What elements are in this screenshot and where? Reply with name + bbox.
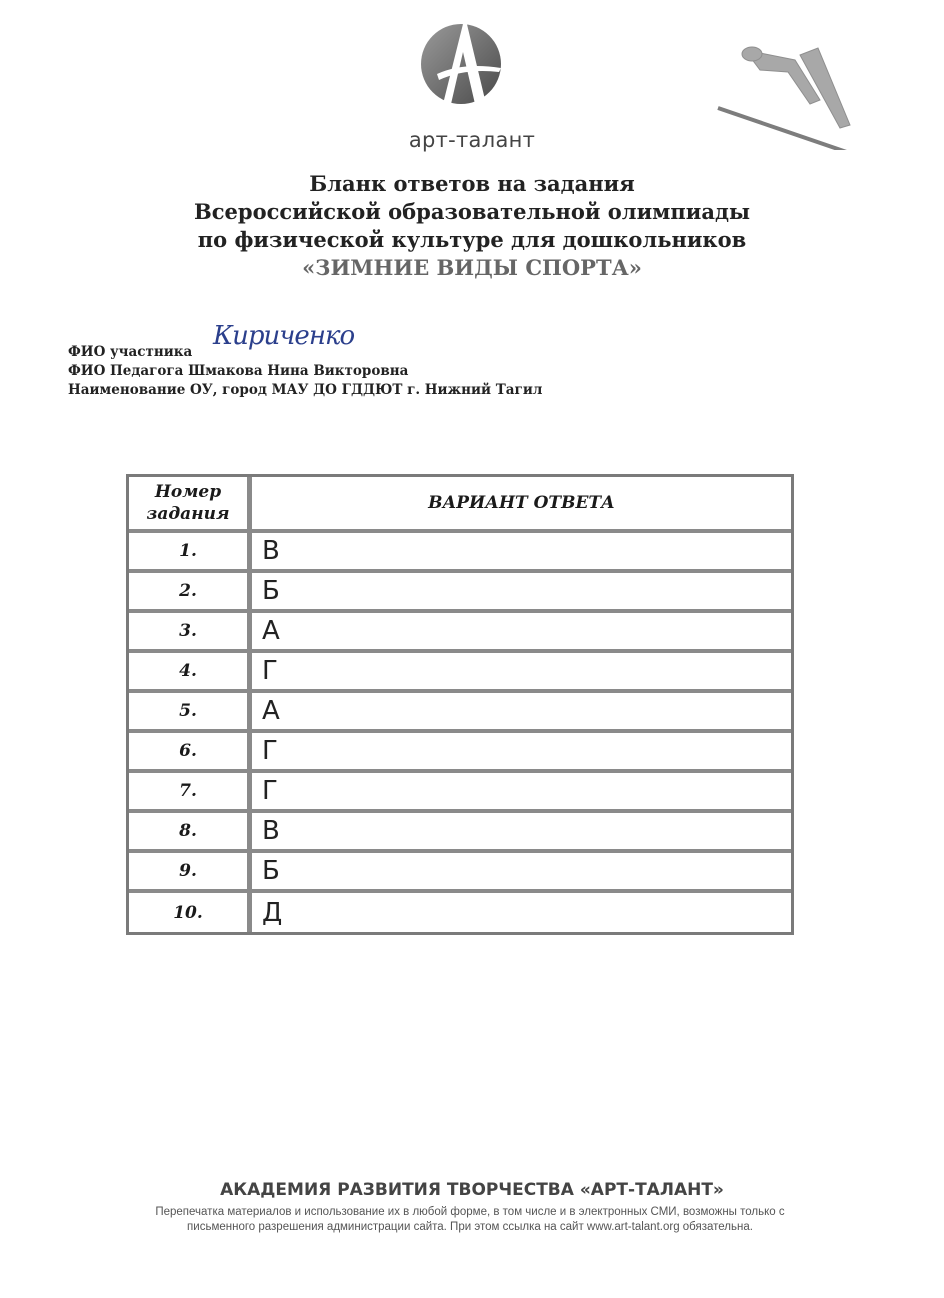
ski-jumper-icon xyxy=(700,30,900,150)
table-row: 7.Г xyxy=(129,773,791,813)
answer-cell[interactable]: В xyxy=(252,533,791,573)
answer-cell[interactable]: Д xyxy=(252,893,791,932)
org-row: Наименование ОУ, город МАУ ДО ГДДЮТ г. Н… xyxy=(68,381,542,400)
table-row: 10.Д xyxy=(129,893,791,932)
task-number: 1. xyxy=(129,533,252,573)
task-number: 3. xyxy=(129,613,252,653)
footer-note-line-2: письменного разрешения администрации сай… xyxy=(90,1220,850,1235)
answer-table: Номер задания ВАРИАНТ ОТВЕТА 1.В2.Б3.А4.… xyxy=(126,474,794,935)
table-row: 8.В xyxy=(129,813,791,853)
footer-title: АКАДЕМИЯ РАЗВИТИЯ ТВОРЧЕСТВА «АРТ-ТАЛАНТ… xyxy=(0,1180,944,1200)
table-row: 5.А xyxy=(129,693,791,733)
column-header-answer: ВАРИАНТ ОТВЕТА xyxy=(252,477,791,533)
participant-name-handwritten: Кириченко xyxy=(213,327,354,346)
task-number: 6. xyxy=(129,733,252,773)
task-number: 7. xyxy=(129,773,252,813)
answer-cell[interactable]: В xyxy=(252,813,791,853)
title-line-1: Бланк ответов на задания xyxy=(0,170,944,198)
art-talant-logo-icon xyxy=(413,12,509,112)
org-label: Наименование ОУ, город xyxy=(68,382,267,398)
column-header-task-number: Номер задания xyxy=(129,477,252,533)
participant-info: ФИО участника Кириченко ФИО Педагога Шма… xyxy=(68,343,542,400)
answer-cell[interactable]: Г xyxy=(252,733,791,773)
task-number: 10. xyxy=(129,893,252,932)
title-line-2: Всероссийской образовательной олимпиады xyxy=(0,198,944,226)
answer-cell[interactable]: Г xyxy=(252,653,791,693)
table-row: 6.Г xyxy=(129,733,791,773)
participant-label: ФИО участника xyxy=(68,344,192,360)
task-number: 2. xyxy=(129,573,252,613)
org-value: МАУ ДО ГДДЮТ г. Нижний Тагил xyxy=(272,382,543,398)
answer-cell[interactable]: Б xyxy=(252,573,791,613)
title-line-3: по физической культуре для дошкольников xyxy=(0,226,944,254)
header-line-1: Номер xyxy=(129,481,247,503)
footer-copyright-note: Перепечатка материалов и использование и… xyxy=(90,1205,850,1235)
footer-note-line-1: Перепечатка материалов и использование и… xyxy=(90,1205,850,1220)
teacher-row: ФИО Педагога Шмакова Нина Викторовна xyxy=(68,362,542,381)
answer-cell[interactable]: А xyxy=(252,693,791,733)
task-number: 8. xyxy=(129,813,252,853)
answer-cell[interactable]: Г xyxy=(252,773,791,813)
table-row: 1.В xyxy=(129,533,791,573)
title-subtitle: «ЗИМНИЕ ВИДЫ СПОРТА» xyxy=(0,254,944,282)
table-header-row: Номер задания ВАРИАНТ ОТВЕТА xyxy=(129,477,791,533)
table-row: 9.Б xyxy=(129,853,791,893)
teacher-label: ФИО Педагога xyxy=(68,363,183,379)
task-number: 5. xyxy=(129,693,252,733)
teacher-value: Шмакова Нина Викторовна xyxy=(188,363,408,379)
task-number: 4. xyxy=(129,653,252,693)
participant-row: ФИО участника Кириченко xyxy=(68,343,542,362)
task-number: 9. xyxy=(129,853,252,893)
logo-text: арт-талант xyxy=(372,128,572,152)
document-title: Бланк ответов на задания Всероссийской о… xyxy=(0,170,944,282)
answer-cell[interactable]: А xyxy=(252,613,791,653)
table-row: 2.Б xyxy=(129,573,791,613)
header-line-2: задания xyxy=(129,503,247,525)
table-row: 3.А xyxy=(129,613,791,653)
table-row: 4.Г xyxy=(129,653,791,693)
answer-cell[interactable]: Б xyxy=(252,853,791,893)
